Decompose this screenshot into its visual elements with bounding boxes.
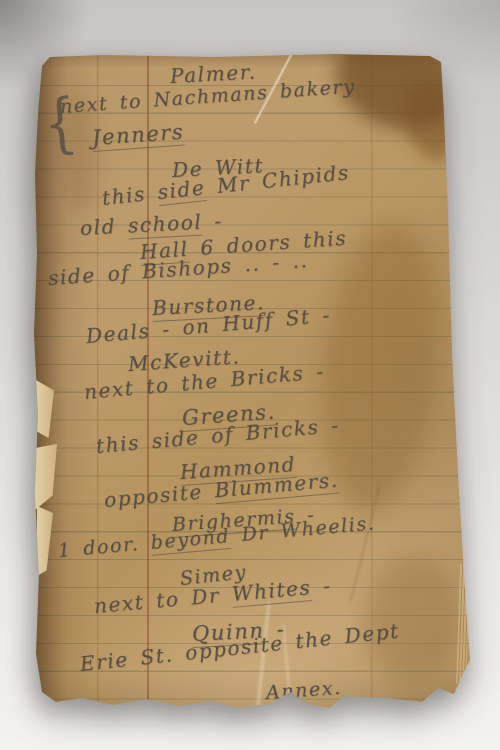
handwriting-text-underlined: side: [156, 175, 206, 206]
handwriting-text: opposite: [103, 478, 216, 512]
handwriting-text: 1 door.: [57, 532, 152, 562]
handwriting-text: old: [79, 214, 128, 240]
handwriting-text-underlined: beyond: [150, 525, 231, 556]
notebook-page: { Palmer.next to Nachmans bakeryJennersD…: [34, 54, 470, 710]
handwriting-text-underlined: Whites: [231, 575, 313, 608]
handwriting-line: Jenners: [91, 120, 185, 150]
handwriting-layer: { Palmer.next to Nachmans bakeryJennersD…: [34, 54, 470, 710]
handwriting-text-underlined: school: [127, 210, 203, 240]
handwriting-text-underlined: Jenners: [91, 120, 185, 152]
photo-backdrop: { Palmer.next to Nachmans bakeryJennersD…: [0, 0, 500, 750]
handwriting-text: -: [202, 209, 224, 234]
handwriting-text: this: [101, 180, 159, 210]
handwriting-text: next to Dr: [93, 582, 233, 618]
handwriting-line: Annex.: [265, 677, 342, 704]
handwriting-text: -: [310, 573, 332, 599]
paper-surface: { Palmer.next to Nachmans bakeryJennersD…: [34, 54, 470, 710]
handwriting-text: Annex.: [265, 677, 342, 704]
